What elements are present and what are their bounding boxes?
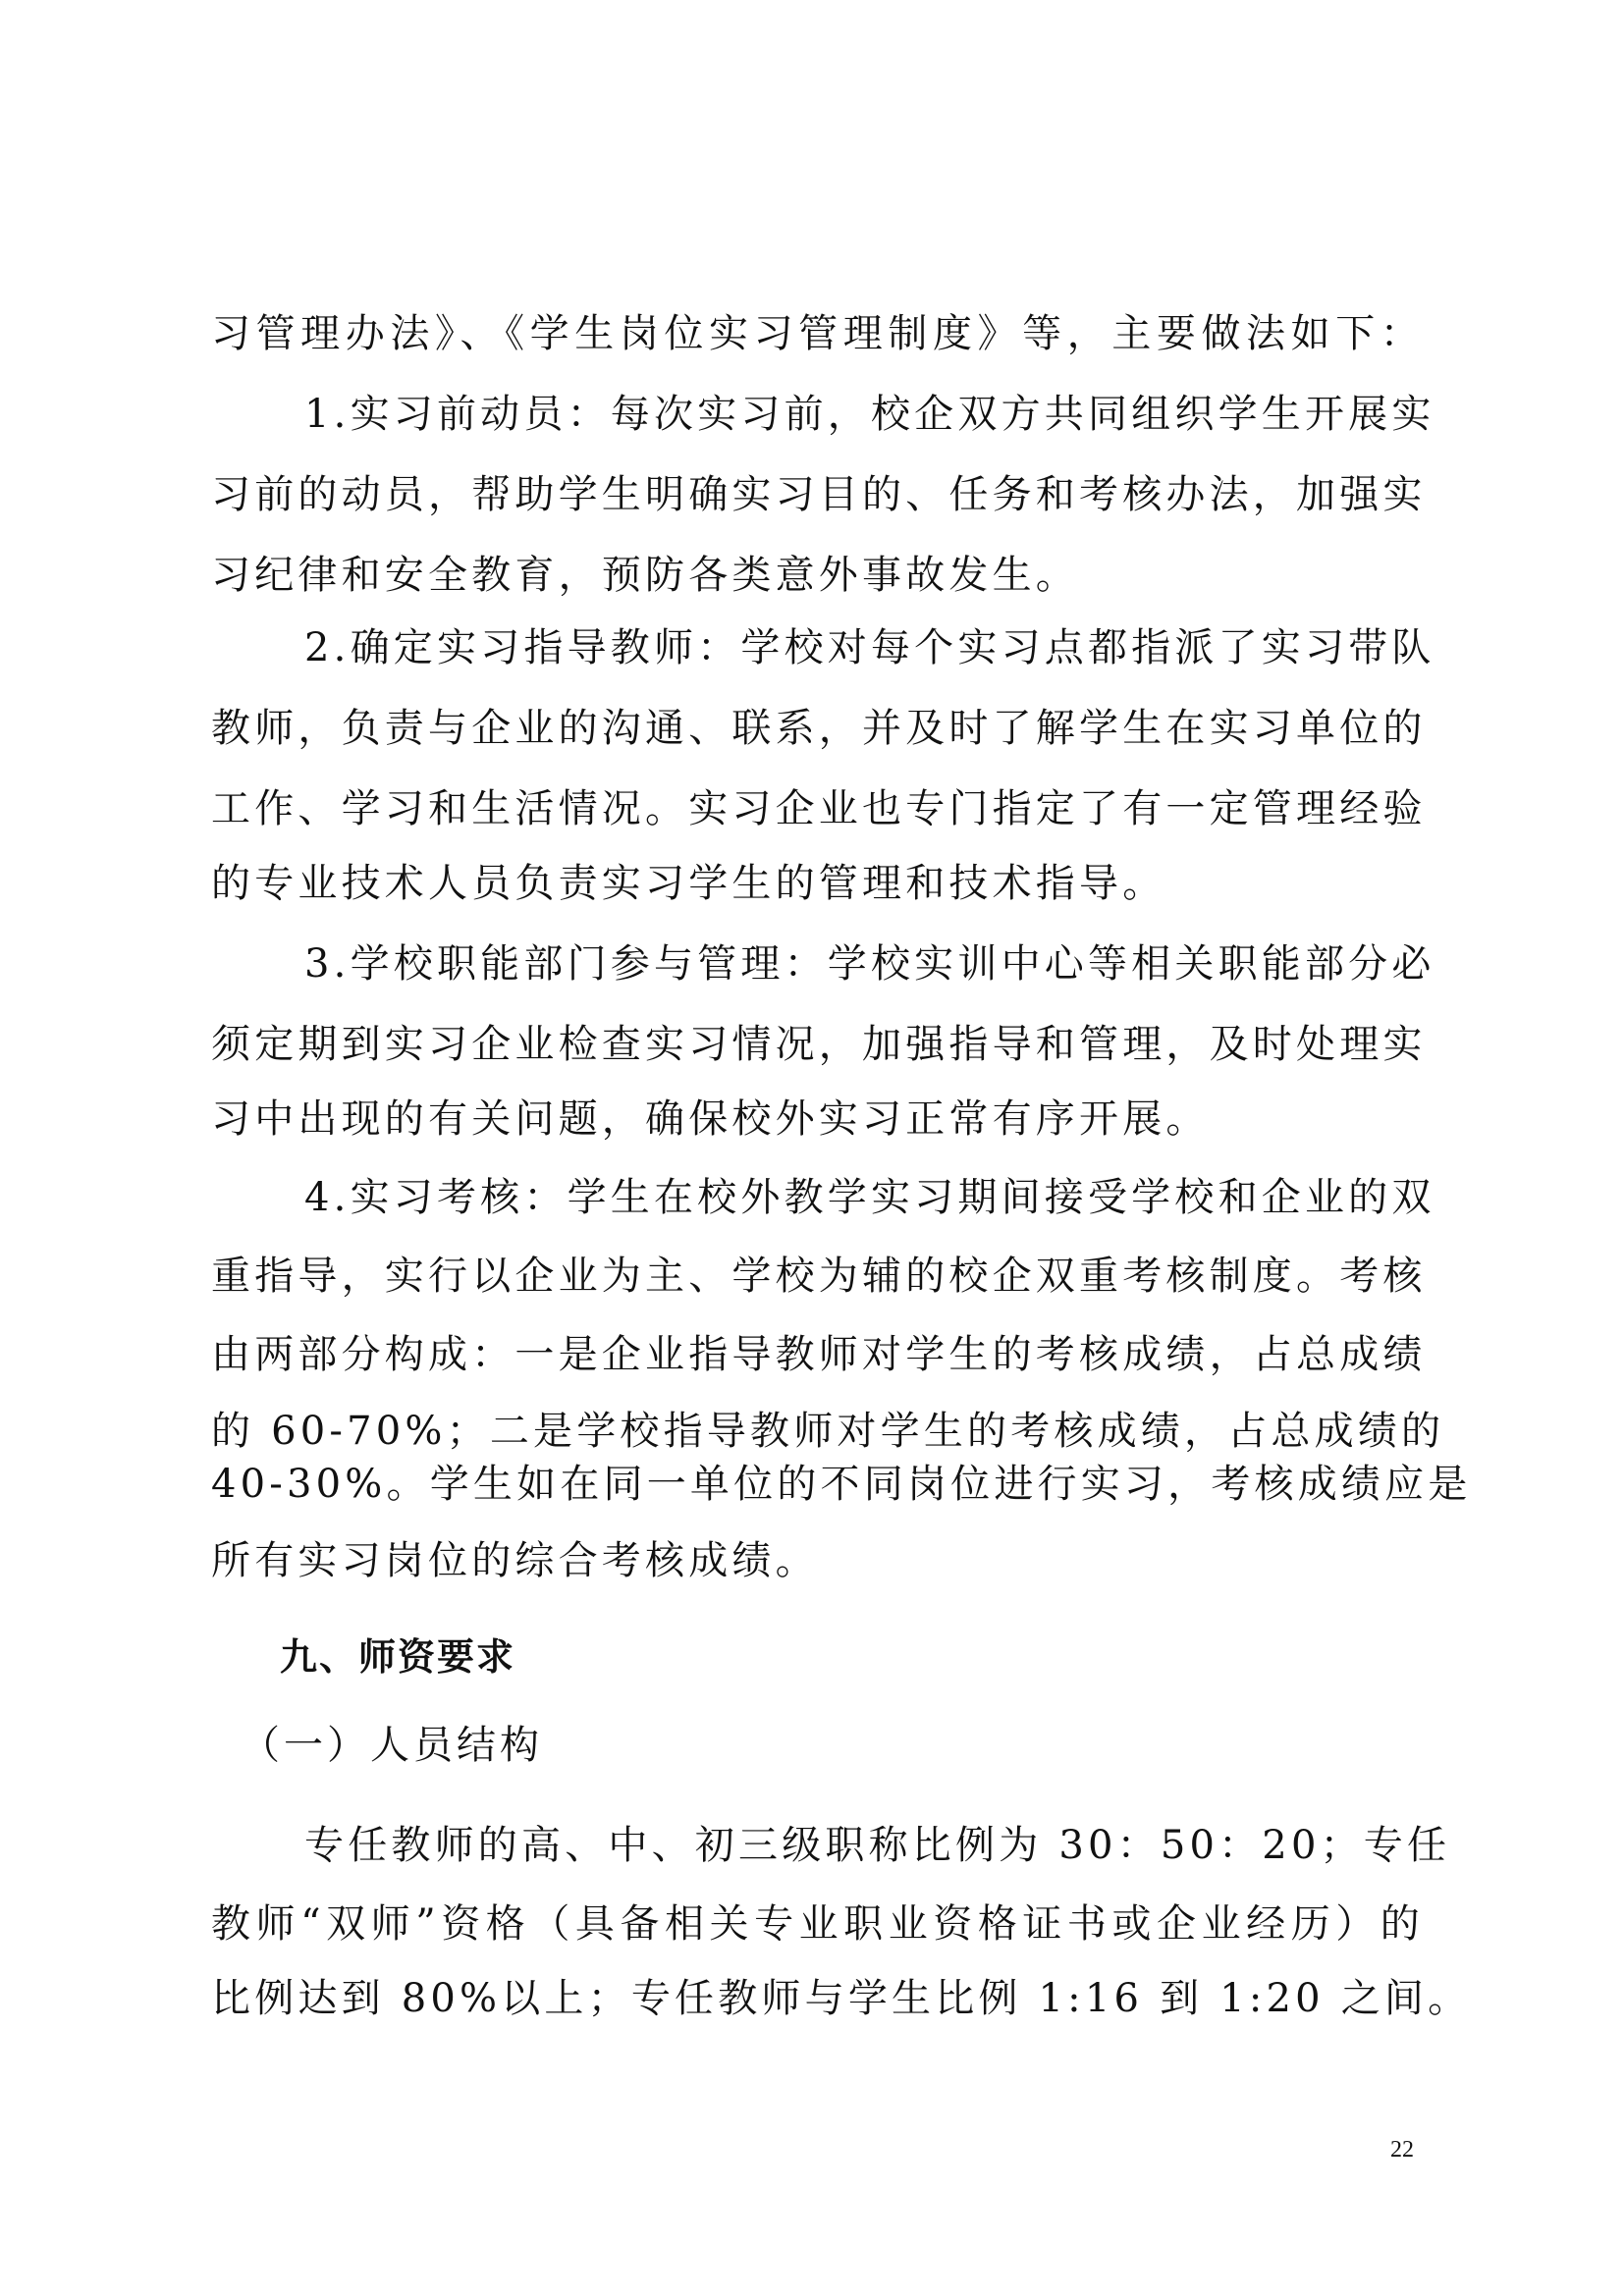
item-2-line: 2.确定实习指导教师：学校对每个实习点都指派了实习带队 [304,624,1424,671]
item-2-line: 的专业技术人员负责实习学生的管理和技术指导。 [211,860,1424,907]
item-1-line: 1.实习前动员：每次实习前，校企双方共同组织学生开展实 [304,391,1424,438]
item-4-line: 40-30%。学生如在同一单位的不同岗位进行实习，考核成绩应是 [211,1461,1424,1508]
item-3-line: 须定期到实习企业检查实习情况，加强指导和管理，及时处理实 [211,1021,1424,1068]
item-4-line: 由两部分构成：一是企业指导教师对学生的考核成绩，占总成绩 [211,1331,1424,1378]
item-1-line: 习纪律和安全教育，预防各类意外事故发生。 [211,552,1424,599]
page-number: 22 [1390,2136,1414,2163]
staffing-line: 教师“双师”资格（具备相关专业职业资格证书或企业经历）的 [211,1900,1424,1948]
item-4-line: 重指导，实行以企业为主、学校为辅的校企双重考核制度。考核 [211,1253,1424,1300]
item-4-line: 的 60-70%；二是学校指导教师对学生的考核成绩，占总成绩的 [211,1408,1424,1455]
item-4-line: 所有实习岗位的综合考核成绩。 [211,1537,1424,1584]
staffing-line: 比例达到 80%以上；专任教师与学生比例 1:16 到 1:20 之间。 [211,1975,1424,2022]
item-2-line: 工作、学习和生活情况。实习企业也专门指定了有一定管理经验 [211,785,1424,832]
item-4-line: 4.实习考核：学生在校外教学实习期间接受学校和企业的双 [304,1174,1424,1221]
section-heading: 九、师资要求 [280,1633,515,1681]
paragraph-intro-line: 习管理办法》、《学生岗位实习管理制度》等，主要做法如下： [211,310,1424,357]
item-3-line: 习中出现的有关问题，确保校外实习正常有序开展。 [211,1095,1424,1143]
document-page: 习管理办法》、《学生岗位实习管理制度》等，主要做法如下： 1.实习前动员：每次实… [0,0,1624,2296]
staffing-line: 专任教师的高、中、初三级职称比例为 30：50：20；专任 [304,1822,1424,1869]
item-2-line: 教师，负责与企业的沟通、联系，并及时了解学生在实习单位的 [211,705,1424,752]
item-1-line: 习前的动员，帮助学生明确实习目的、任务和考核办法，加强实 [211,471,1424,518]
item-3-line: 3.学校职能部门参与管理：学校实训中心等相关职能部分必 [304,940,1424,988]
subsection-heading: （一）人员结构 [241,1722,543,1769]
